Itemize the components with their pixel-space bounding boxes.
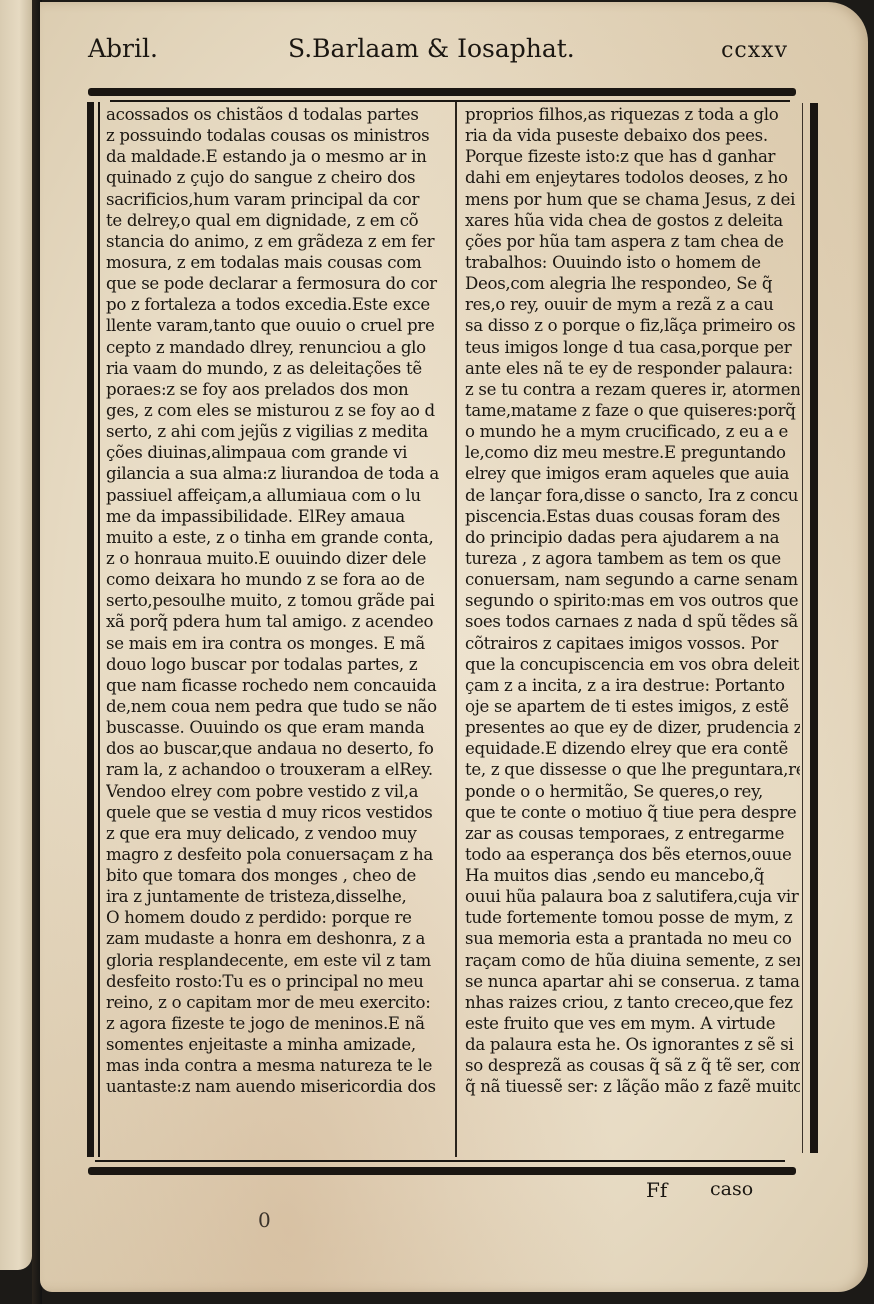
text-line: so desprezã as cousas q̃ sã z q̃ tẽ ser,…: [465, 1055, 800, 1076]
top-rule-thick: [88, 88, 796, 96]
text-line: quele que se vestia d muy ricos vestidos: [106, 802, 451, 823]
text-line: gilancia a sua alma:z liurandoa de toda …: [106, 463, 451, 484]
text-line: Deos,com alegria lhe respondeo, Se q̃: [465, 273, 800, 294]
text-line: ria vaam do mundo, z as deleitações tẽ: [106, 358, 451, 379]
text-line: tureza , z agora tambem as tem os que: [465, 548, 800, 569]
text-line: ções diuinas,alimpaua com grande vi: [106, 442, 451, 463]
text-line: xã porq̃ pdera hum tal amigo. z acendeo: [106, 611, 451, 632]
text-line: ria da vida puseste debaixo dos pees.: [465, 125, 800, 146]
right-border-bar: [810, 103, 818, 1153]
text-line: z que era muy delicado, z vendoo muy: [106, 823, 451, 844]
text-line: dos ao buscar,que andaua no deserto, fo: [106, 738, 451, 759]
text-line: po z fortaleza a todos excedia.Este exce: [106, 294, 451, 315]
text-line: que la concupiscencia em vos obra deleit…: [465, 654, 800, 675]
column-divider: [455, 102, 457, 1157]
text-line: z possuindo todalas cousas os ministros: [106, 125, 451, 146]
text-line: ges, z com eles se misturou z se foy ao …: [106, 400, 451, 421]
text-line: mas inda contra a mesma natureza te le: [106, 1055, 451, 1076]
text-line: se nunca apartar ahi se conserua. z tama: [465, 971, 800, 992]
text-line: o mundo he a mym crucificado, z eu a e: [465, 421, 800, 442]
text-line: sa disso z o porque o fiz,lãça primeiro …: [465, 315, 800, 336]
text-line: buscasse. Ouuindo os que eram manda: [106, 717, 451, 738]
previous-page-edge: [0, 0, 32, 1270]
text-line: çam z a incita, z a ira destrue: Portant…: [465, 675, 800, 696]
text-line: sua memoria esta a prantada no meu co: [465, 928, 800, 949]
text-line: do principio dadas pera ajudarem a na: [465, 527, 800, 548]
folio-number: ccxxv: [721, 38, 788, 63]
text-line: ante eles nã te ey de responder palaura:: [465, 358, 800, 379]
text-line: llente varam,tanto que ouuio o cruel pre: [106, 315, 451, 336]
text-line: magro z desfeito pola conuersaçam z ha: [106, 844, 451, 865]
text-line: xares hũa vida chea de gostos z deleita: [465, 210, 800, 231]
text-line: stancia do animo, z em grãdeza z em fer: [106, 231, 451, 252]
left-border-line: [98, 102, 100, 1157]
text-line: cõtrairos z capitaes imigos vossos. Por: [465, 633, 800, 654]
text-line: tame,matame z faze o que quiseres:porq̃: [465, 400, 800, 421]
text-line: ções por hũa tam aspera z tam chea de: [465, 231, 800, 252]
text-line: O homem doudo z perdido: porque re: [106, 907, 451, 928]
text-line: ira z juntamente de tristeza,disselhe,: [106, 886, 451, 907]
text-line: q̃ nã tiuessẽ ser: z lãção mão z fazẽ mu…: [465, 1076, 800, 1097]
text-line: segundo o spirito:mas em vos outros que: [465, 590, 800, 611]
text-line: como deixara ho mundo z se fora ao de: [106, 569, 451, 590]
text-line: soes todos carnaes z nada d spũ tẽdes sã: [465, 611, 800, 632]
text-line: muito a este, z o tinha em grande conta,: [106, 527, 451, 548]
running-head-title: S.Barlaam & Iosaphat.: [288, 34, 575, 63]
text-line: da maldade.E estando ja o mesmo ar in: [106, 146, 451, 167]
left-border-bar: [87, 102, 94, 1157]
text-line: mosura, z em todalas mais cousas com: [106, 252, 451, 273]
text-line: te, z que dissesse o que lhe preguntara,…: [465, 759, 800, 780]
text-line: mens por hum que se chama Jesus, z dei: [465, 189, 800, 210]
text-line: me da impassibilidade. ElRey amaua: [106, 506, 451, 527]
running-head: Abril. S.Barlaam & Iosaphat. ccxxv: [88, 34, 788, 74]
text-line: piscencia.Estas duas cousas foram des: [465, 506, 800, 527]
text-line: que se pode declarar a fermosura do cor: [106, 273, 451, 294]
text-line: ponde o o hermitão, Se queres,o rey,: [465, 781, 800, 802]
text-line: poraes:z se foy aos prelados dos mon: [106, 379, 451, 400]
text-line: nhas raizes criou, z tanto creceo,que fe…: [465, 992, 800, 1013]
text-line: passiuel affeiçam,a allumiaua com o lu: [106, 485, 451, 506]
text-line: trabalhos: Ouuindo isto o homem de: [465, 252, 800, 273]
text-line: desfeito rosto:Tu es o principal no meu: [106, 971, 451, 992]
text-line: este fruito que ves em mym. A virtude: [465, 1013, 800, 1034]
text-line: Vendoo elrey com pobre vestido z vil,a: [106, 781, 451, 802]
text-column-left: acossados os chistãos d todalas partesz …: [106, 104, 451, 1098]
text-line: dahi em enjeytares todolos deoses, z ho: [465, 167, 800, 188]
text-line: proprios filhos,as riquezas z toda a glo: [465, 104, 800, 125]
text-line: que te conte o motiuo q̃ tiue pera despr…: [465, 802, 800, 823]
text-line: zam mudaste a honra em deshonra, z a: [106, 928, 451, 949]
text-line: res,o rey, ouuir de mym a rezã z a cau: [465, 294, 800, 315]
text-line: sacrificios,hum varam principal da cor: [106, 189, 451, 210]
text-line: douo logo buscar por todalas partes, z: [106, 654, 451, 675]
text-line: tude fortemente tomou posse de mym, z: [465, 907, 800, 928]
text-line: bito que tomara dos monges , cheo de: [106, 865, 451, 886]
text-line: raçam como de hũa diuina semente, z sem: [465, 950, 800, 971]
bottom-rule-thick: [88, 1167, 796, 1175]
text-line: z o honraua muito.E ouuindo dizer dele: [106, 548, 451, 569]
right-border-line: [802, 103, 803, 1153]
text-line: somentes enjeitaste a minha amizade,: [106, 1034, 451, 1055]
text-line: teus imigos longe d tua casa,porque per: [465, 337, 800, 358]
text-line: uantaste:z nam auendo misericordia dos: [106, 1076, 451, 1097]
text-line: gloria resplandecente, em este vil z tam: [106, 950, 451, 971]
text-line: que nam ficasse rochedo nem concauida: [106, 675, 451, 696]
text-line: equidade.E dizendo elrey que era contẽ: [465, 738, 800, 759]
signature-mark: Ff: [646, 1178, 667, 1202]
text-line: acossados os chistãos d todalas partes: [106, 104, 451, 125]
text-column-right: proprios filhos,as riquezas z toda a glo…: [465, 104, 800, 1098]
text-line: Porque fizeste isto:z que has d ganhar: [465, 146, 800, 167]
text-line: serto, z ahi com jejũs z vigilias z medi…: [106, 421, 451, 442]
catchword: caso: [710, 1178, 753, 1200]
text-line: zar as cousas temporaes, z entregarme: [465, 823, 800, 844]
text-line: de lançar fora,disse o sancto, Ira z con…: [465, 485, 800, 506]
text-line: se mais em ira contra os monges. E mã: [106, 633, 451, 654]
text-line: serto,pesoulhe muito, z tomou grãde pai: [106, 590, 451, 611]
text-line: ram la, z achandoo o trouxeram a elRey.: [106, 759, 451, 780]
text-line: de,nem coua nem pedra que tudo se não: [106, 696, 451, 717]
stray-ink-mark: 0: [258, 1208, 271, 1232]
text-line: da palaura esta he. Os ignorantes z sẽ s…: [465, 1034, 800, 1055]
text-line: le,como diz meu mestre.E preguntando: [465, 442, 800, 463]
text-line: reino, z o capitam mor de meu exercito:: [106, 992, 451, 1013]
text-line: Ha muitos dias ,sendo eu mancebo,q̃: [465, 865, 800, 886]
running-head-month: Abril.: [88, 34, 158, 63]
text-line: conuersam, nam segundo a carne senam: [465, 569, 800, 590]
bottom-rule-thin: [95, 1160, 785, 1162]
text-line: elrey que imigos eram aqueles que auia: [465, 463, 800, 484]
text-line: ouui hũa palaura boa z salutifera,cuja v…: [465, 886, 800, 907]
text-line: quinado z çujo do sangue z cheiro dos: [106, 167, 451, 188]
text-line: z agora fizeste te jogo de meninos.E nã: [106, 1013, 451, 1034]
text-line: oje se apartem de ti estes imigos, z est…: [465, 696, 800, 717]
text-line: cepto z mandado dlrey, renunciou a glo: [106, 337, 451, 358]
text-line: presentes ao que ey de dizer, prudencia …: [465, 717, 800, 738]
text-line: z se tu contra a rezam queres ir, atorme…: [465, 379, 800, 400]
text-line: todo aa esperança dos bẽs eternos,ouue: [465, 844, 800, 865]
top-rule-thin: [110, 100, 790, 102]
text-line: te delrey,o qual em dignidade, z em cõ: [106, 210, 451, 231]
